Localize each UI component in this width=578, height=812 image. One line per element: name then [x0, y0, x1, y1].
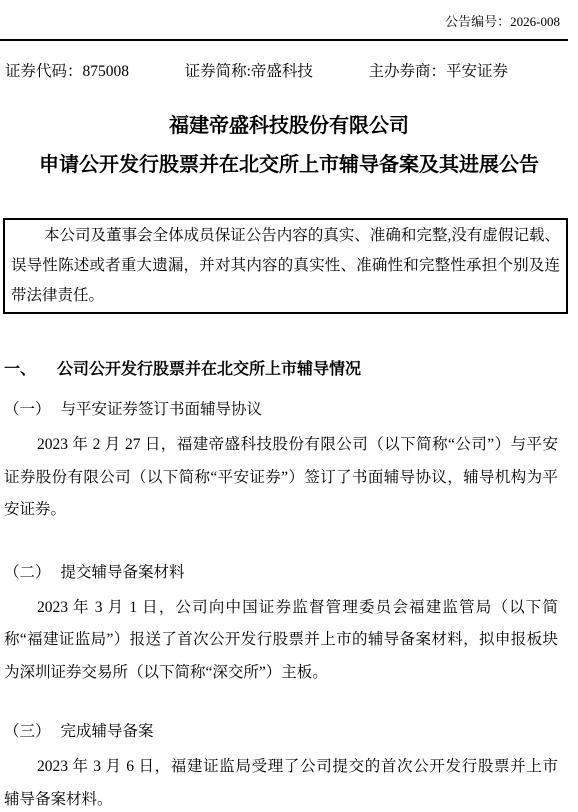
notice-number: 公告编号：2026-008	[0, 0, 578, 29]
section-title: 公司公开发行股票并在北交所上市辅导情况	[57, 361, 361, 378]
disclaimer-line: 误导性陈述或者重大遗漏，并对其内容的真实性、准确性和完整性承担个别及连	[11, 251, 560, 281]
subsection-number: （三）	[4, 723, 51, 740]
subsection-number: （二）	[4, 564, 51, 581]
subsection-heading-3: （三）完成辅导备案	[4, 721, 558, 743]
paragraph-line: 2023 年 3 月 6 日，福建证监局受理了公司提交的首次公开发行股票并上市	[4, 751, 558, 784]
paragraph-line: 为深圳证券交易所（以下简称“深交所”）主板。	[4, 657, 558, 690]
section-heading: 一、公司公开发行股票并在北交所上市辅导情况	[4, 359, 558, 381]
paragraph-line: 2023 年 2 月 27 日，福建帝盛科技股份有限公司（以下简称“公司”）与平…	[4, 429, 558, 462]
subsection-number: （一）	[4, 401, 51, 418]
paragraph-2: 2023 年 3 月 1 日，公司向中国证券监督管理委员会福建监管局（以下简 称…	[4, 592, 558, 690]
company-name-title: 福建帝盛科技股份有限公司	[0, 113, 578, 139]
subsection-heading-1: （一）与平安证券签订书面辅导协议	[4, 399, 558, 421]
paragraph-line: 称“福建证监局”）报送了首次公开发行股票并上市的辅导备案材料，拟申报板块	[4, 624, 558, 657]
paragraph-line: 证券股份有限公司（以下简称“平安证券”）签订了书面辅导协议，辅导机构为平	[4, 462, 558, 495]
announcement-document: 公告编号：2026-008 证券代码：875008 证券简称:帝盛科技 主办券商…	[0, 0, 578, 812]
stock-code: 证券代码：875008	[5, 62, 129, 81]
section-number: 一、	[4, 361, 36, 378]
disclaimer-line: 本公司及董事会全体成员保证公告内容的真实、准确和完整,没有虚假记载、	[11, 221, 560, 251]
paragraph-3: 2023 年 3 月 6 日，福建证监局受理了公司提交的首次公开发行股票并上市 …	[4, 751, 558, 812]
stock-short-name: 证券简称:帝盛科技	[185, 62, 313, 81]
subsection-heading-2: （二）提交辅导备案材料	[4, 562, 558, 584]
securities-info-row: 证券代码：875008 证券简称:帝盛科技 主办券商：平安证券	[0, 41, 578, 81]
announcement-title: 申请公开发行股票并在北交所上市辅导备案及其进展公告	[0, 152, 578, 178]
paragraph-1: 2023 年 2 月 27 日，福建帝盛科技股份有限公司（以下简称“公司”）与平…	[4, 429, 558, 527]
paragraph-line: 安证券。	[4, 494, 558, 527]
paragraph-line: 辅导备案材料。	[4, 784, 558, 812]
lead-broker: 主办券商：平安证券	[368, 62, 508, 81]
subsection-title: 完成辅导备案	[61, 723, 154, 740]
disclaimer-line: 带法律责任。	[11, 281, 560, 311]
subsection-title: 与平安证券签订书面辅导协议	[61, 401, 263, 418]
disclaimer-box: 本公司及董事会全体成员保证公告内容的真实、准确和完整,没有虚假记载、 误导性陈述…	[3, 218, 568, 314]
paragraph-line: 2023 年 3 月 1 日，公司向中国证券监督管理委员会福建监管局（以下简	[4, 592, 558, 625]
document-body: 一、公司公开发行股票并在北交所上市辅导情况 （一）与平安证券签订书面辅导协议 2…	[0, 359, 578, 812]
subsection-title: 提交辅导备案材料	[61, 564, 185, 581]
